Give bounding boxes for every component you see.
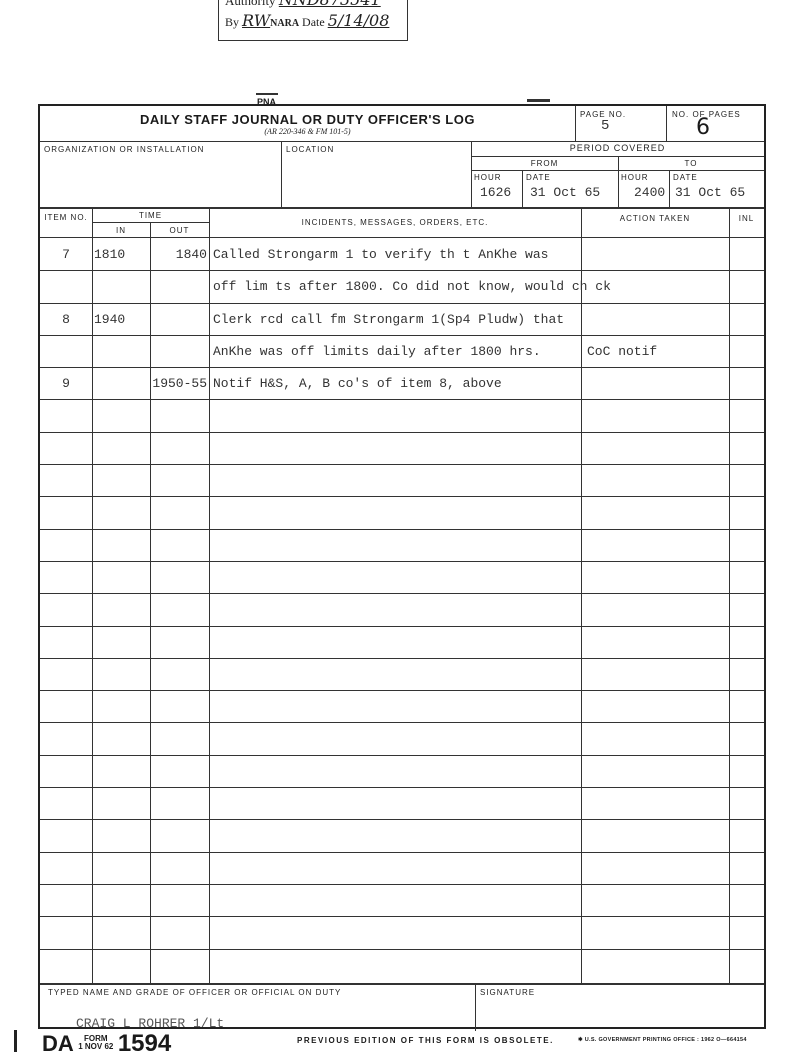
time-in-cell[interactable]: 1810 bbox=[94, 247, 150, 262]
table-row bbox=[40, 949, 764, 981]
form-number: 1594 bbox=[118, 1030, 171, 1057]
incident-cell[interactable]: off lim ts after 1800. Co did not know, … bbox=[213, 279, 733, 294]
typed-name-field[interactable]: CRAIG L ROHRER 1/Lt bbox=[76, 1016, 224, 1031]
page-no-value[interactable]: 5 bbox=[601, 118, 609, 134]
authority-value: NND873541 bbox=[279, 0, 381, 9]
table-row bbox=[40, 884, 764, 916]
to-hour-value[interactable]: 2400 bbox=[634, 185, 665, 200]
table-row bbox=[40, 690, 764, 722]
table-row bbox=[40, 755, 764, 787]
binder-mark-left bbox=[256, 93, 278, 95]
col-incidents: INCIDENTS, MESSAGES, ORDERS, ETC. bbox=[209, 218, 581, 227]
table-row bbox=[40, 561, 764, 593]
table-row bbox=[40, 787, 764, 819]
declassification-stamp: Authority NND873541 By RWNARA Date 5/14/… bbox=[218, 0, 408, 41]
table-row: 81940Clerk rcd call fm Strongarm 1(Sp4 P… bbox=[40, 303, 764, 335]
to-date-value[interactable]: 31 Oct 65 bbox=[675, 185, 745, 200]
time-in-cell[interactable]: 1940 bbox=[94, 312, 150, 327]
from-hour-label: HOUR bbox=[474, 173, 502, 182]
printing-office-notice: ✱ U.S. GOVERNMENT PRINTING OFFICE : 1962… bbox=[578, 1037, 747, 1043]
col-inl: INL bbox=[729, 214, 764, 223]
table-row: off lim ts after 1800. Co did not know, … bbox=[40, 270, 764, 302]
from-date-label: DATE bbox=[526, 173, 551, 182]
table-row bbox=[40, 626, 764, 658]
table-row bbox=[40, 723, 764, 755]
binder-mark-right bbox=[527, 99, 550, 102]
incident-cell[interactable]: Clerk rcd call fm Strongarm 1(Sp4 Pludw)… bbox=[213, 312, 733, 327]
to-date-label: DATE bbox=[673, 173, 698, 182]
table-row bbox=[40, 464, 764, 496]
table-row bbox=[40, 432, 764, 464]
table-row bbox=[40, 400, 764, 432]
by-label: By bbox=[225, 15, 239, 29]
to-label: TO bbox=[618, 159, 764, 168]
no-of-pages-value[interactable]: 6 bbox=[696, 115, 710, 140]
table-row bbox=[40, 496, 764, 528]
typed-name-label: TYPED NAME AND GRADE OF OFFICER OR OFFIC… bbox=[48, 988, 341, 997]
form-label: FORM1 NOV 62 bbox=[78, 1035, 113, 1051]
stamp-date: 5/14/08 bbox=[328, 11, 390, 30]
time-out-cell[interactable]: 1950-55 bbox=[150, 376, 209, 391]
form-prefix: DA bbox=[42, 1031, 74, 1056]
organization-label: ORGANIZATION OR INSTALLATION bbox=[44, 145, 204, 154]
table-row: AnKhe was off limits daily after 1800 hr… bbox=[40, 335, 764, 367]
from-hour-value[interactable]: 1626 bbox=[480, 185, 511, 200]
table-row: 718101840Called Strongarm 1 to verify th… bbox=[40, 238, 764, 270]
signature-label: SIGNATURE bbox=[480, 988, 535, 997]
col-time: TIME bbox=[92, 211, 209, 220]
time-out-cell[interactable]: 1840 bbox=[150, 247, 209, 262]
item-no-cell[interactable]: 7 bbox=[40, 247, 92, 262]
col-in: IN bbox=[92, 226, 150, 235]
table-row: 91950-55Notif H&S, A, B co's of item 8, … bbox=[40, 367, 764, 399]
location-label: LOCATION bbox=[286, 145, 334, 154]
period-covered-label: PERIOD COVERED bbox=[471, 143, 764, 153]
form-id: DA FORM1 NOV 62 1594 bbox=[42, 1030, 171, 1058]
date-label: Date bbox=[302, 15, 325, 29]
table-row bbox=[40, 658, 764, 690]
authority-line: Authority NND873541 bbox=[225, 0, 381, 9]
col-action-taken: ACTION TAKEN bbox=[581, 214, 729, 223]
from-label: FROM bbox=[471, 159, 618, 168]
incident-cell[interactable]: Notif H&S, A, B co's of item 8, above bbox=[213, 376, 733, 391]
table-row bbox=[40, 916, 764, 948]
table-row bbox=[40, 529, 764, 561]
by-line: By RWNARA Date 5/14/08 bbox=[225, 11, 389, 30]
item-no-cell[interactable]: 9 bbox=[40, 376, 92, 391]
item-no-cell[interactable]: 8 bbox=[40, 312, 92, 327]
table-row bbox=[40, 819, 764, 851]
incident-cell[interactable]: Called Strongarm 1 to verify th t AnKhe … bbox=[213, 247, 733, 262]
action-taken-cell[interactable]: CoC notif bbox=[587, 344, 727, 359]
form-subtitle: (AR 220-346 & FM 101-5) bbox=[40, 127, 575, 136]
signature-field[interactable] bbox=[480, 1001, 760, 1027]
table-row bbox=[40, 852, 764, 884]
margin-mark bbox=[14, 1030, 17, 1052]
form-label-bottom: 1 NOV 62 bbox=[78, 1042, 113, 1051]
authority-label: Authority bbox=[225, 0, 276, 8]
col-item-no: ITEM NO. bbox=[40, 213, 92, 223]
duty-log-form: DAILY STAFF JOURNAL OR DUTY OFFICER'S LO… bbox=[38, 104, 766, 1029]
table-row bbox=[40, 593, 764, 625]
from-date-value[interactable]: 31 Oct 65 bbox=[530, 185, 600, 200]
log-table: ITEM NO. TIME IN OUT INCIDENTS, MESSAGES… bbox=[40, 208, 764, 983]
by-initials: RW bbox=[242, 11, 270, 30]
obsolete-notice: PREVIOUS EDITION OF THIS FORM IS OBSOLET… bbox=[297, 1036, 554, 1045]
col-out: OUT bbox=[150, 226, 209, 235]
agency: NARA bbox=[270, 18, 299, 29]
form-title: DAILY STAFF JOURNAL OR DUTY OFFICER'S LO… bbox=[40, 112, 575, 127]
to-hour-label: HOUR bbox=[621, 173, 649, 182]
